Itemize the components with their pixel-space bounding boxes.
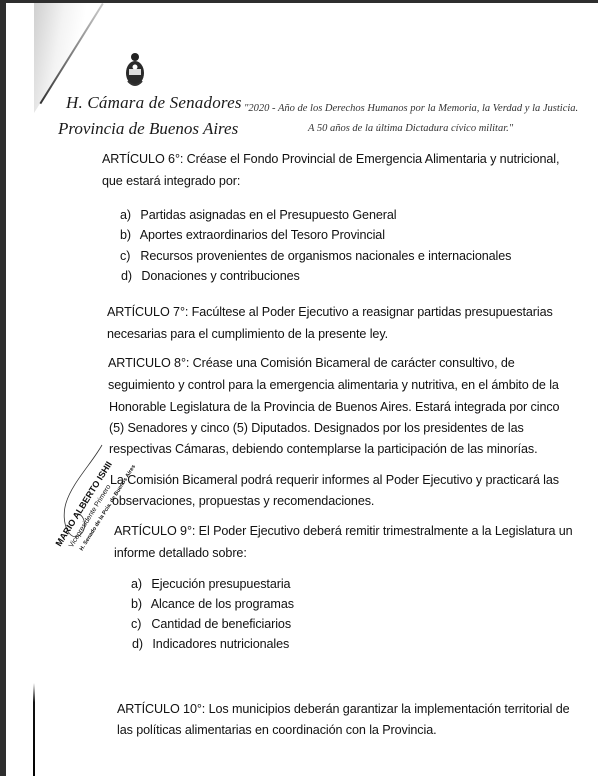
institution-name: H. Cámara de Senadores <box>66 93 242 113</box>
document-page: H. Cámara de Senadores Provincia de Buen… <box>6 3 598 776</box>
year-motto-line2: A 50 años de la última Dictadura cívico … <box>308 123 513 134</box>
article-6-line2: que estará integrado por: <box>102 174 240 188</box>
article-7-line1: ARTÍCULO 7°: Facúltese al Poder Ejecutiv… <box>107 305 553 319</box>
article-8-line1: ARTICULO 8°: Créase una Comisión Bicamer… <box>108 356 515 370</box>
article-6-item-b: b) Aportes extraordinarios del Tesoro Pr… <box>120 228 385 242</box>
article-8-line5: respectivas Cámaras, debiendo contemplar… <box>109 442 538 456</box>
article-9-item-c: c) Cantidad de beneficiarios <box>131 617 291 631</box>
article-9-item-a: a) Ejecución presupuestaria <box>131 577 290 591</box>
article-9-line2: informe detallado sobre: <box>114 546 247 560</box>
article-6-item-d: d) Donaciones y contribuciones <box>121 269 300 283</box>
article-7-line2: necesarias para el cumplimiento de la pr… <box>107 327 388 341</box>
signature-stamp: MARIO ALBERTO ISHII Vicepresidente Prime… <box>52 458 147 578</box>
article-6-line1: ARTÍCULO 6°: Créase el Fondo Provincial … <box>102 152 559 166</box>
article-10-line1: ARTÍCULO 10°: Los municipios deberán gar… <box>117 702 570 716</box>
article-8-para2-line1: La Comisión Bicameral podrá requerir inf… <box>110 473 559 487</box>
article-8-para2-line2: observaciones, propuestas y recomendacio… <box>112 494 374 508</box>
article-8-line3: Honorable Legislatura de la Provincia de… <box>109 400 559 414</box>
page-edge-mark <box>33 683 35 776</box>
article-8-line2: seguimiento y control para la emergencia… <box>108 378 559 392</box>
article-6-item-a: a) Partidas asignadas en el Presupuesto … <box>120 208 396 222</box>
article-6-item-c: c) Recursos provenientes de organismos n… <box>120 249 511 263</box>
article-10-line2: las políticas alimentarias en coordinaci… <box>117 723 437 737</box>
article-8-line4: (5) Senadores y cinco (5) Diputados. Des… <box>109 421 524 435</box>
article-9-item-b: b) Alcance de los programas <box>131 597 294 611</box>
institution-province: Provincia de Buenos Aires <box>58 119 238 139</box>
coat-of-arms-icon <box>124 51 146 89</box>
year-motto-line1: "2020 - Año de los Derechos Humanos por … <box>244 103 578 114</box>
article-9-line1: ARTÍCULO 9°: El Poder Ejecutivo deberá r… <box>114 524 573 538</box>
article-9-item-d: d) Indicadores nutricionales <box>132 637 289 651</box>
